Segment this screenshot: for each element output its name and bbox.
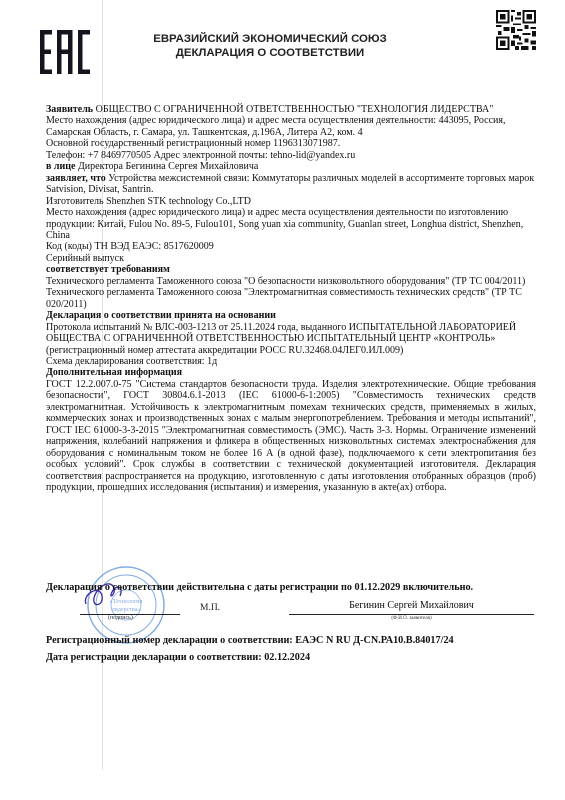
registration-date: Дата регистрации декларации о соответств… (46, 649, 546, 666)
signature-caption: (подпись) (108, 615, 133, 621)
applicant-address: Место нахождения (адрес юридического лиц… (46, 115, 536, 138)
requirements-label: соответствует требованиям (46, 264, 536, 275)
representative-label: в лице (46, 161, 75, 172)
requirement-item: Технического регламента Таможенного союз… (46, 287, 536, 310)
applicant-representative: в лице Директора Бегинина Сергея Михайло… (46, 161, 536, 172)
seal-mark: М.П. (200, 603, 220, 613)
declares-section: заявляет, что Устройства межсистемной св… (46, 173, 536, 196)
product-description: Устройства межсистемной связи: Коммутато… (46, 173, 534, 195)
applicant-contacts: Телефон: +7 8469770505 Адрес электронной… (46, 150, 536, 161)
validity-statement: Декларация о соответствии действительна … (46, 582, 546, 593)
manufacturer-address: Место нахождения (адрес юридического лиц… (46, 207, 536, 241)
requirement-item: Технического регламента Таможенного союз… (46, 276, 536, 287)
registration-block: Регистрационный номер декларации о соотв… (46, 632, 546, 666)
registration-number: Регистрационный номер декларации о соотв… (46, 632, 546, 649)
signer-line (289, 614, 534, 615)
additional-info-text: ГОСТ 12.2.007.0-75 "Система стандартов б… (46, 379, 536, 494)
representative-name: Директора Бегинина Сергея Михайловича (78, 161, 258, 172)
union-title: ЕВРАЗИЙСКИЙ ЭКОНОМИЧЕСКИЙ СОЮЗ (120, 32, 420, 46)
signer-caption: (Ф.И.О. заявителя) (289, 616, 534, 621)
applicant-section: Заявитель ОБЩЕСТВО С ОГРАНИЧЕННОЙ ОТВЕТС… (46, 104, 536, 115)
declaration-page: ЕВРАЗИЙСКИЙ ЭКОНОМИЧЕСКИЙ СОЮЗ ДЕКЛАРАЦИ… (0, 0, 565, 800)
eac-logo-icon (40, 30, 90, 74)
document-title: ДЕКЛАРАЦИЯ О СООТВЕТСТВИИ (120, 46, 420, 60)
hs-code: Код (коды) ТН ВЭД ЕАЭС: 8517620009 (46, 241, 536, 252)
signature-block: (подпись) М.П. Бегинин Сергей Михайлович… (46, 598, 546, 628)
applicant-label: Заявитель (46, 104, 93, 115)
production-type: Серийный выпуск (46, 253, 536, 264)
document-header: ЕВРАЗИЙСКИЙ ЭКОНОМИЧЕСКИЙ СОЮЗ ДЕКЛАРАЦИ… (120, 32, 420, 60)
signer-name: Бегинин Сергей Михайлович (289, 600, 534, 611)
declares-label: заявляет, что (46, 173, 106, 184)
declaration-body: Заявитель ОБЩЕСТВО С ОГРАНИЧЕННОЙ ОТВЕТС… (46, 104, 536, 493)
declaration-scheme: Схема декларирования соответствия: 1д (46, 356, 536, 367)
basis-label: Декларация о соответствии принята на осн… (46, 310, 536, 321)
qr-code-icon[interactable] (496, 10, 536, 50)
applicant-name: ОБЩЕСТВО С ОГРАНИЧЕННОЙ ОТВЕТСТВЕННОСТЬЮ… (96, 104, 494, 115)
applicant-ogrn: Основной государственный регистрационный… (46, 138, 536, 149)
additional-info-label: Дополнительная информация (46, 367, 536, 378)
manufacturer-name: Изготовитель Shenzhen STK technology Co.… (46, 196, 536, 207)
basis-text: Протокола испытаний № ВЛС-003-1213 от 25… (46, 322, 536, 356)
